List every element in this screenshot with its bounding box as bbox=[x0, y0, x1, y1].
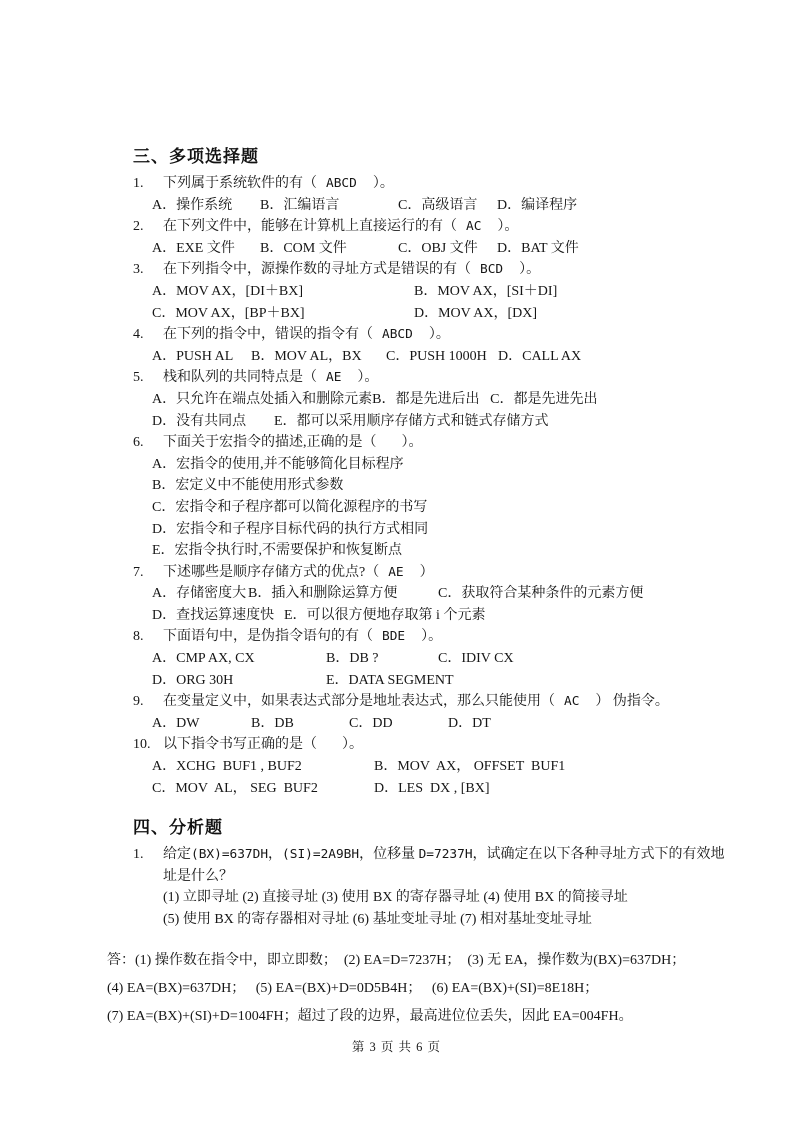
stem-close: ）。 bbox=[497, 219, 518, 234]
question-7-options-row-2: D．查找运算速度快E．可以很方便地存取第 i 个元素 bbox=[0, 605, 793, 627]
question-9-options: A．DWB．DBC．DDD．DT bbox=[0, 713, 793, 735]
stem-close: ）。 bbox=[342, 737, 363, 752]
option: D．ORG 30H bbox=[152, 670, 326, 692]
option: A．只允许在端点处插入和删除元素 bbox=[152, 389, 372, 411]
stem-text: 下列属于系统软件的有（ bbox=[163, 176, 317, 191]
stem-text: 下述哪些是顺序存储方式的优点?（ bbox=[163, 565, 379, 580]
option: A．操作系统 bbox=[152, 195, 260, 217]
question-2-options: A．EXE 文件B．COM 文件C．OBJ 文件D．BAT 文件 bbox=[0, 238, 793, 260]
option: D．LES DX , [BX] bbox=[374, 778, 490, 800]
option: D．MOV AX，[DX] bbox=[414, 303, 537, 325]
question-3-options-row-2: C．MOV AX，[BP＋BX]D．MOV AX，[DX] bbox=[0, 303, 793, 325]
option: A．CMP AX, CX bbox=[152, 648, 326, 670]
question-6-option-d: D．宏指令和子程序目标代码的执行方式相同 bbox=[0, 519, 793, 541]
stem-close: ）。 bbox=[421, 629, 442, 644]
question-10-stem: 10.以下指令书写正确的是（）。 bbox=[0, 734, 793, 756]
stem-close: ）。 bbox=[519, 262, 540, 277]
question-6-option-e: E．宏指令执行时,不需要保护和恢复断点 bbox=[0, 540, 793, 562]
option: C．MOV AL， SEG BUF2 bbox=[152, 778, 374, 800]
option: A．宏指令的使用,并不能够简化目标程序 bbox=[152, 454, 404, 476]
analysis-question-1-line-2: 址是什么？ bbox=[0, 866, 793, 888]
option: A．存储密度大 bbox=[152, 583, 248, 605]
answer-value bbox=[317, 737, 342, 752]
question-number: 1. bbox=[133, 173, 163, 195]
question-1-options: A．操作系统B．汇编语言C．高级语言D．编译程序 bbox=[0, 195, 793, 217]
option: A．XCHG BUF1 , BUF2 bbox=[152, 756, 374, 778]
option: C．宏指令和子程序都可以简化源程序的书写 bbox=[152, 497, 427, 519]
option: A．PUSH AL bbox=[152, 346, 251, 368]
option: D．宏指令和子程序目标代码的执行方式相同 bbox=[152, 519, 428, 541]
analysis-answer: 答：(1) 操作数在指令中，即立即数； (2) EA=D=7237H； (3) … bbox=[0, 947, 793, 1031]
option: B．COM 文件 bbox=[260, 238, 398, 260]
question-number: 2. bbox=[133, 216, 163, 238]
option: C．PUSH 1000H bbox=[386, 346, 498, 368]
register-value: (BX)=637DH bbox=[191, 847, 268, 862]
question-number: 9. bbox=[133, 691, 163, 713]
question-6-option-c: C．宏指令和子程序都可以简化源程序的书写 bbox=[0, 497, 793, 519]
question-6-option-b: B．宏定义中不能使用形式参数 bbox=[0, 475, 793, 497]
section-heading-analysis: 四、分析题 bbox=[133, 813, 793, 838]
option: B．MOV AL，BX bbox=[251, 346, 386, 368]
option: B．MOV AX， OFFSET BUF1 bbox=[374, 756, 565, 778]
question-7-stem: 7.下述哪些是顺序存储方式的优点?（AE） bbox=[0, 562, 793, 584]
question-5-stem: 5.栈和队列的共同特点是（AE）。 bbox=[0, 367, 793, 389]
answer-line-2: (4) EA=(BX)=637DH； (5) EA=(BX)+D=0D5B4H；… bbox=[0, 975, 793, 1003]
question-10-options-row-2: C．MOV AL， SEG BUF2D．LES DX , [BX] bbox=[0, 778, 793, 800]
stem-text: 在下列的指令中，错误的指令有（ bbox=[163, 327, 373, 342]
option: D．没有共同点 bbox=[152, 411, 274, 433]
question-5-options-row-1: A．只允许在端点处插入和删除元素B．都是先进后出C．都是先进先出 bbox=[0, 389, 793, 411]
option: C．获取符合某种条件的元素方便 bbox=[438, 583, 643, 605]
question-7-options-row-1: A．存储密度大B．插入和删除运算方便C．获取符合某种条件的元素方便 bbox=[0, 583, 793, 605]
option: C．IDIV CX bbox=[438, 648, 514, 670]
stem-text: 在下列指令中，源操作数的寻址方式是错误的有（ bbox=[163, 262, 471, 277]
question-number: 7. bbox=[133, 562, 163, 584]
stem-text: 栈和队列的共同特点是（ bbox=[163, 370, 317, 385]
question-number: 1. bbox=[133, 844, 163, 866]
option: E．DATA SEGMENT bbox=[326, 670, 454, 692]
section-heading-multiple-choice: 三、多项选择题 bbox=[133, 142, 793, 167]
exam-page: { "doc": { "footer": "第 3 页 共 6 页", "sec… bbox=[0, 0, 793, 1122]
option: C．高级语言 bbox=[398, 195, 497, 217]
option: C．DD bbox=[349, 713, 448, 735]
question-3-stem: 3.在下列指令中，源操作数的寻址方式是错误的有（BCD）。 bbox=[0, 259, 793, 281]
option: B．宏定义中不能使用形式参数 bbox=[152, 475, 343, 497]
question-9-stem: 9.在变量定义中，如果表达式部分是地址表达式，那么只能使用（AC） 伪指令。 bbox=[0, 691, 793, 713]
stem-text: ， bbox=[268, 847, 282, 862]
question-4-options: A．PUSH ALB．MOV AL，BXC．PUSH 1000HD．CALL A… bbox=[0, 346, 793, 368]
option: A．MOV AX，[DI＋BX] bbox=[152, 281, 414, 303]
question-number: 10. bbox=[133, 734, 163, 756]
option: B．DB bbox=[251, 713, 349, 735]
stem-close: ）。 bbox=[357, 370, 378, 385]
question-3-options-row-1: A．MOV AX，[DI＋BX]B．MOV AX，[SI＋DI] bbox=[0, 281, 793, 303]
stem-text: ，试确定在以下各种寻址方式下的有效地 bbox=[473, 847, 725, 862]
question-4-stem: 4.在下列的指令中，错误的指令有（ABCD）。 bbox=[0, 324, 793, 346]
answer-value: AC bbox=[457, 219, 497, 234]
question-number: 3. bbox=[133, 259, 163, 281]
stem-text: ，位移量 bbox=[359, 847, 419, 862]
question-number: 5. bbox=[133, 367, 163, 389]
option: A．DW bbox=[152, 713, 251, 735]
stem-text: 下面关于宏指令的描述,正确的是（ bbox=[163, 435, 377, 450]
option: C．OBJ 文件 bbox=[398, 238, 497, 260]
question-8-options-row-1: A．CMP AX, CXB．DB ?C．IDIV CX bbox=[0, 648, 793, 670]
option: A．EXE 文件 bbox=[152, 238, 260, 260]
register-value: (SI)=2A9BH bbox=[282, 847, 359, 862]
question-8-options-row-2: D．ORG 30HE．DATA SEGMENT bbox=[0, 670, 793, 692]
option: D．BAT 文件 bbox=[497, 238, 579, 260]
stem-text: 下面语句中，是伪指令语句的有（ bbox=[163, 629, 373, 644]
answer-value: BDE bbox=[373, 629, 421, 644]
option: B．插入和删除运算方便 bbox=[248, 583, 438, 605]
option: B．都是先进后出 bbox=[372, 389, 490, 411]
stem-close: ） bbox=[420, 565, 434, 580]
answer-value bbox=[377, 435, 402, 450]
answer-value: AE bbox=[379, 565, 419, 580]
answer-value: AE bbox=[317, 370, 357, 385]
stem-text: 以下指令书写正确的是（ bbox=[163, 737, 317, 752]
answer-value: AC bbox=[555, 694, 595, 709]
answer-value: ABCD bbox=[373, 327, 429, 342]
answer-value: BCD bbox=[471, 262, 519, 277]
option: B．DB ? bbox=[326, 648, 438, 670]
displacement-value: D=7237H bbox=[419, 847, 473, 862]
question-10-options-row-1: A．XCHG BUF1 , BUF2B．MOV AX， OFFSET BUF1 bbox=[0, 756, 793, 778]
page-footer: 第 3 页 共 6 页 bbox=[0, 1037, 793, 1055]
stem-text: 给定 bbox=[163, 847, 191, 862]
stem-text: 在下列文件中，能够在计算机上直接运行的有（ bbox=[163, 219, 457, 234]
stem-text: 在变量定义中，如果表达式部分是地址表达式，那么只能使用（ bbox=[163, 694, 555, 709]
document-body: 三、多项选择题 1.下列属于系统软件的有（ABCD）。 A．操作系统B．汇编语言… bbox=[0, 0, 793, 1031]
stem-close: ） 伪指令。 bbox=[595, 694, 669, 709]
question-6-stem: 6.下面关于宏指令的描述,正确的是（）。 bbox=[0, 432, 793, 454]
question-2-stem: 2.在下列文件中，能够在计算机上直接运行的有（AC）。 bbox=[0, 216, 793, 238]
question-number: 6. bbox=[133, 432, 163, 454]
stem-close: ）。 bbox=[429, 327, 450, 342]
answer-line-3: (7) EA=(BX)+(SI)+D=1004FH；超过了段的边界，最高进位位丢… bbox=[0, 1003, 793, 1031]
question-1-stem: 1.下列属于系统软件的有（ABCD）。 bbox=[0, 173, 793, 195]
question-number: 8. bbox=[133, 626, 163, 648]
option: D．CALL AX bbox=[498, 346, 581, 368]
option: C．都是先进先出 bbox=[490, 389, 597, 411]
question-number: 4. bbox=[133, 324, 163, 346]
option: D．查找运算速度快 bbox=[152, 605, 284, 627]
option: E．可以很方便地存取第 i 个元素 bbox=[284, 605, 485, 627]
option: E．宏指令执行时,不需要保护和恢复断点 bbox=[152, 540, 402, 562]
analysis-question-1-line-4: (5) 使用 BX 的寄存器相对寻址 (6) 基址变址寻址 (7) 相对基址变址… bbox=[0, 909, 793, 931]
analysis-question-1-line-3: (1) 立即寻址 (2) 直接寻址 (3) 使用 BX 的寄存器寻址 (4) 使… bbox=[0, 887, 793, 909]
answer-value: ABCD bbox=[317, 176, 373, 191]
option: D．DT bbox=[448, 713, 491, 735]
analysis-section: 四、分析题 1.给定(BX)=637DH，(SI)=2A9BH，位移量 D=72… bbox=[0, 813, 793, 1030]
stem-close: ）。 bbox=[373, 176, 394, 191]
question-6-option-a: A．宏指令的使用,并不能够简化目标程序 bbox=[0, 454, 793, 476]
option: E．都可以采用顺序存储方式和链式存储方式 bbox=[274, 411, 549, 433]
answer-line-1: 答：(1) 操作数在指令中，即立即数； (2) EA=D=7237H； (3) … bbox=[0, 947, 793, 975]
option: B．MOV AX，[SI＋DI] bbox=[414, 281, 557, 303]
question-8-stem: 8.下面语句中，是伪指令语句的有（BDE）。 bbox=[0, 626, 793, 648]
stem-close: ）。 bbox=[402, 435, 423, 450]
option: C．MOV AX，[BP＋BX] bbox=[152, 303, 414, 325]
option: B．汇编语言 bbox=[260, 195, 398, 217]
option: D．编译程序 bbox=[497, 195, 577, 217]
question-5-options-row-2: D．没有共同点E．都可以采用顺序存储方式和链式存储方式 bbox=[0, 411, 793, 433]
analysis-question-1-line-1: 1.给定(BX)=637DH，(SI)=2A9BH，位移量 D=7237H，试确… bbox=[0, 844, 793, 866]
